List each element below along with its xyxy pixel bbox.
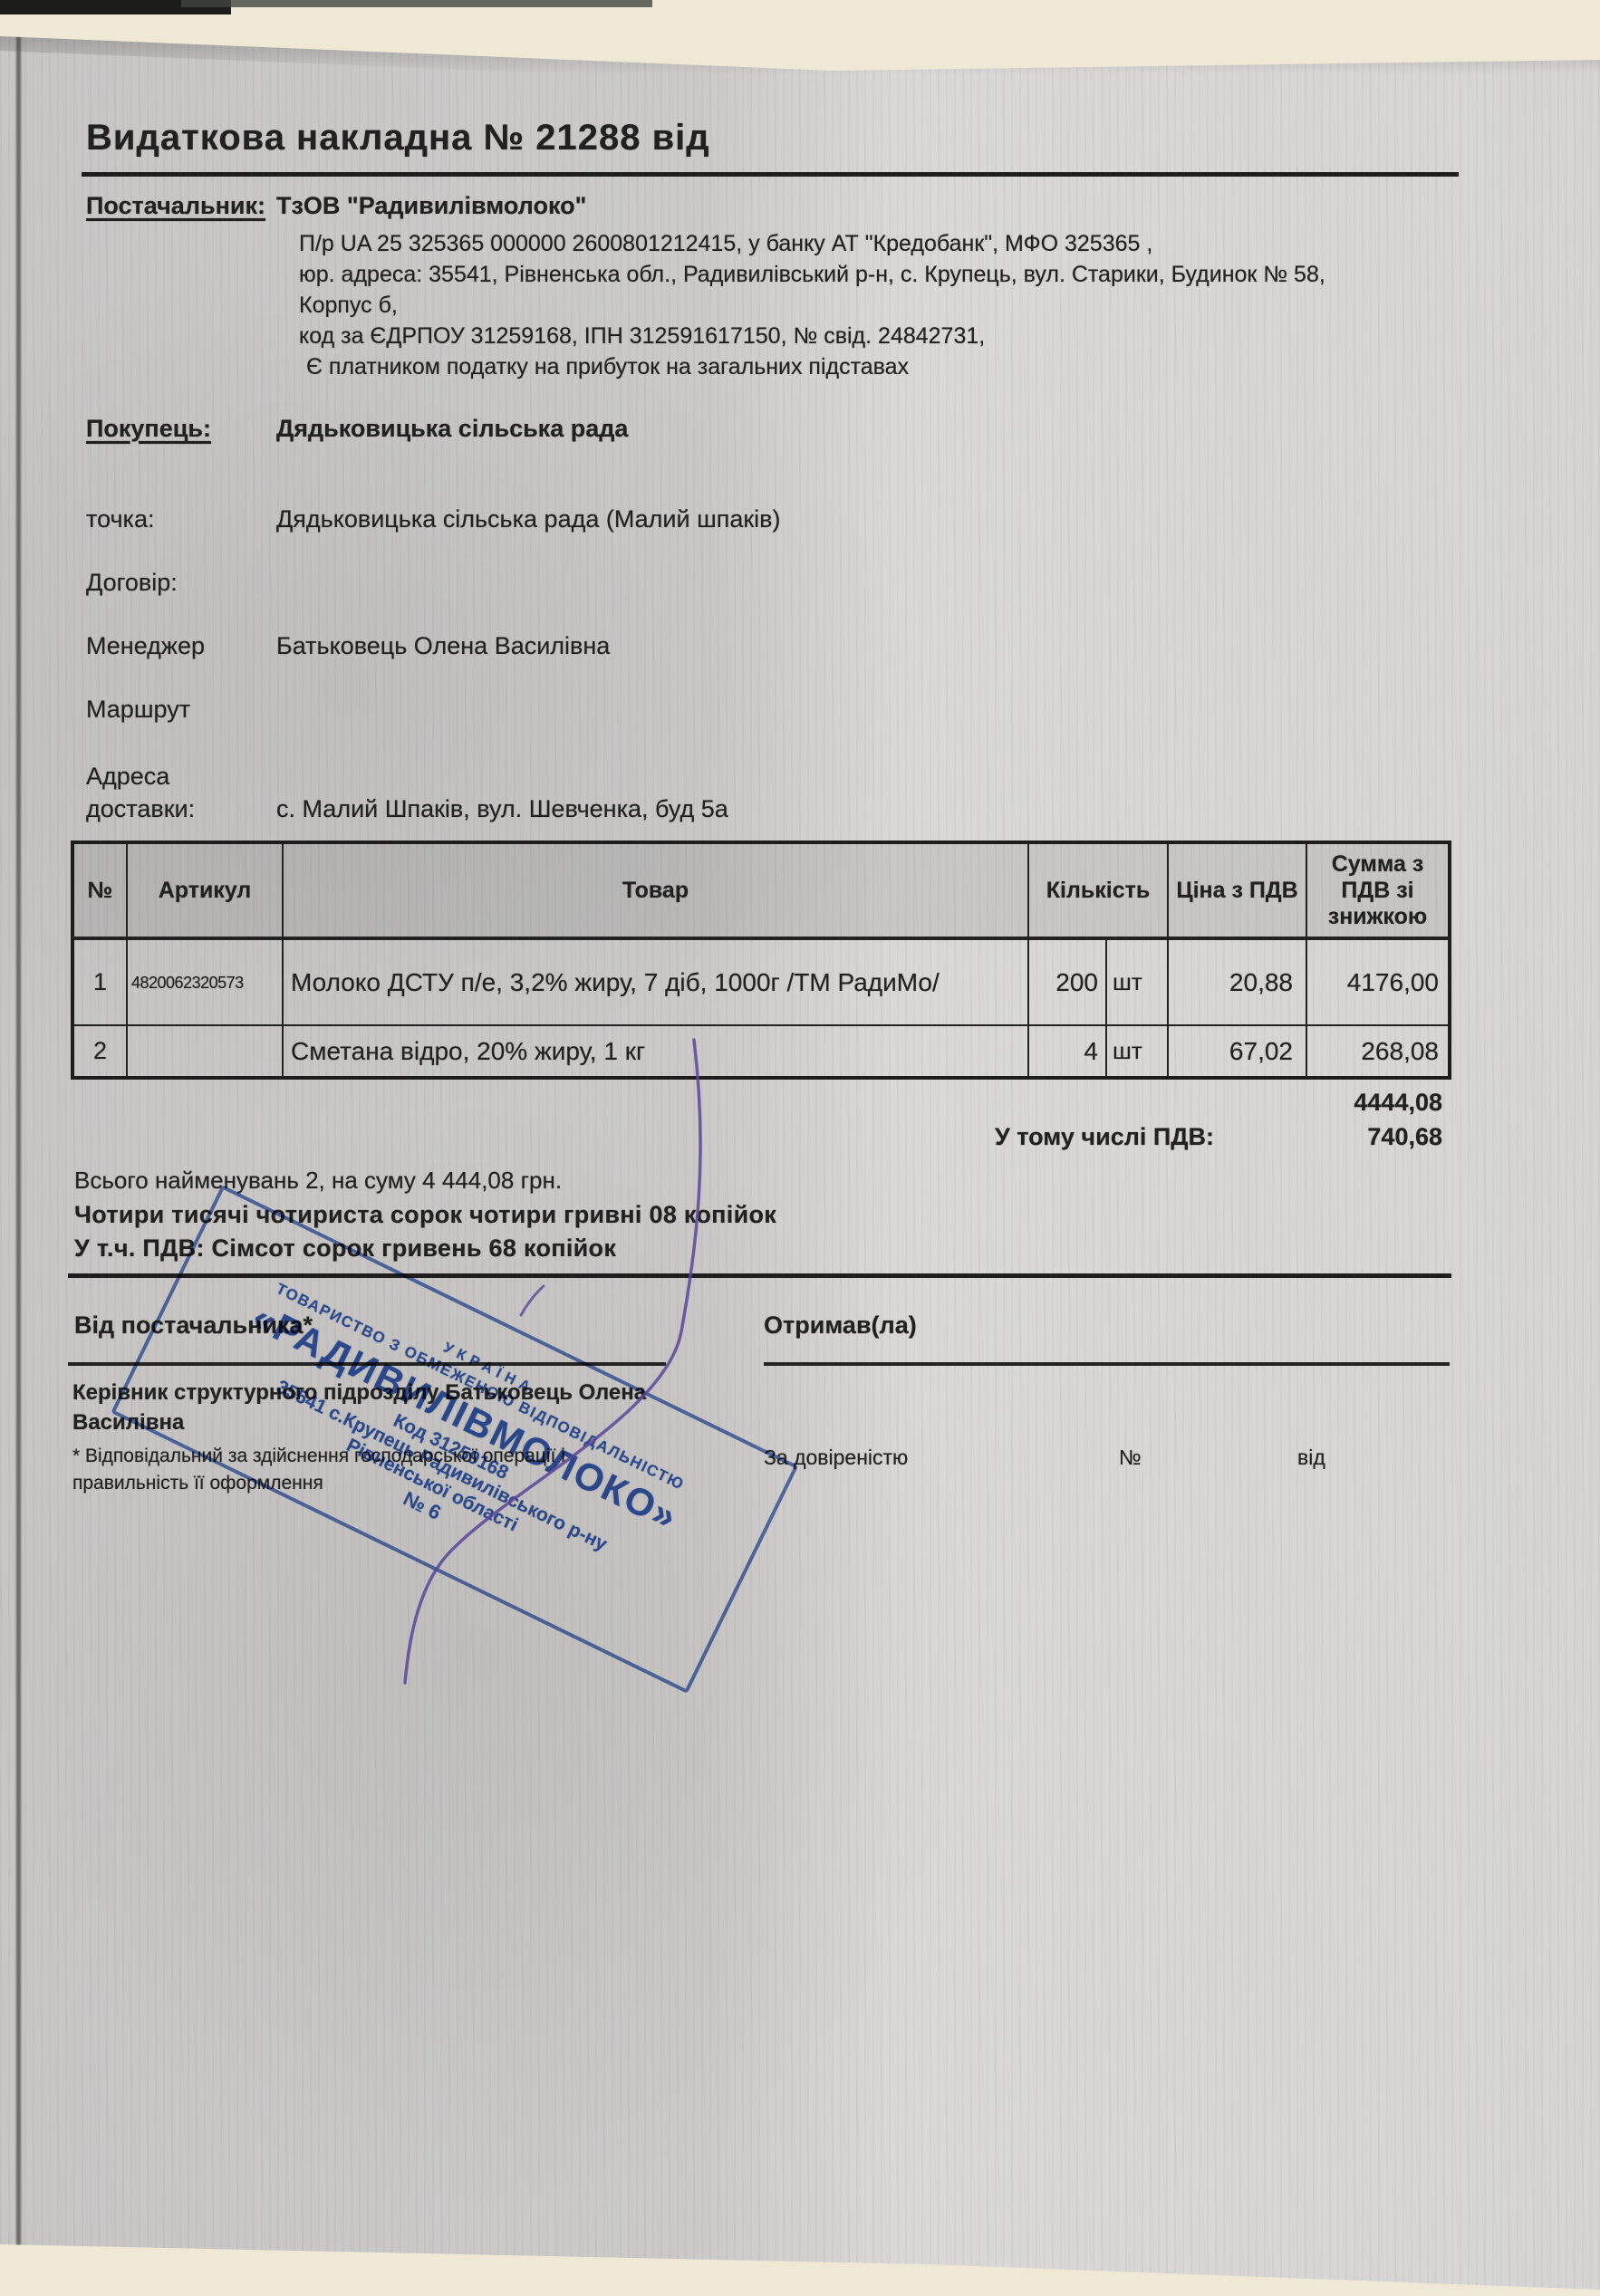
invoice-paper: Видаткова накладна № 21288 від Постачаль… [0,0,1600,2296]
pen-signature-stroke [0,0,1600,2296]
scanned-invoice-screenshot: Видаткова накладна № 21288 від Постачаль… [0,0,1600,2296]
scanner-edge-strip-2 [181,0,652,7]
